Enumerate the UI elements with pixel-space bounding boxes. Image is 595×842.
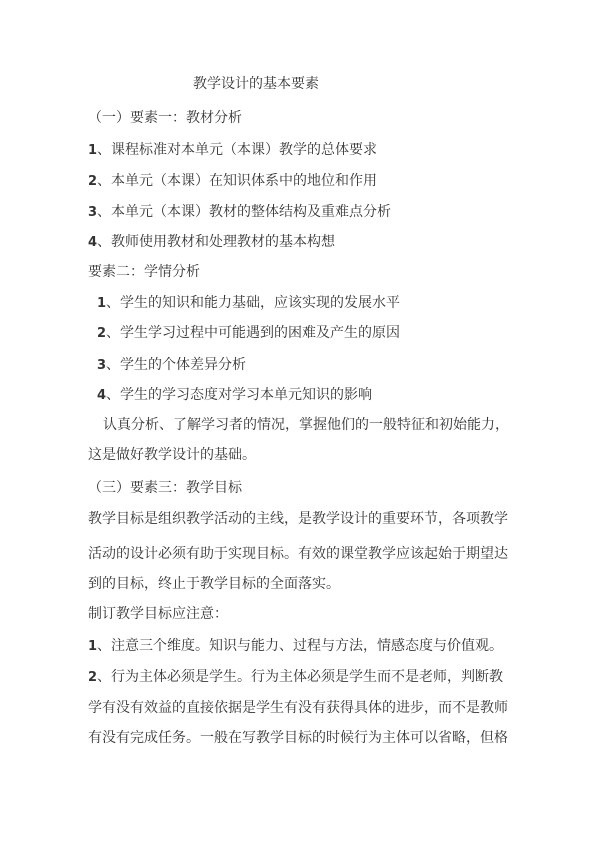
list-item-line: 2、本单元（本课）在知识体系中的地位和作用: [88, 174, 377, 190]
list-number: 3: [88, 205, 97, 220]
list-item-text: 、学生的个体差异分析: [106, 358, 246, 373]
list-item-text: 、注意三个维度。知识与能力、过程与方法，情感态度与价值观。: [97, 639, 503, 654]
list-number: 2: [88, 174, 97, 189]
list-number: 2: [88, 670, 97, 685]
list-item-text: 、学生学习过程中可能遇到的困难及产生的原因: [106, 326, 400, 341]
paragraph-line: 到的目标，终止于教学目标的全面落实。: [88, 577, 340, 593]
list-item-line: 3、学生的个体差异分析: [97, 358, 246, 374]
list-item-line: 1、学生的知识和能力基础，应该实现的发展水平: [97, 296, 400, 312]
list-item-line: 1、注意三个维度。知识与能力、过程与方法，情感态度与价值观。: [88, 639, 503, 655]
list-item-text: 、学生的学习态度对学习本单元知识的影响: [106, 388, 372, 403]
list-item-line: 4、教师使用教材和处理教材的基本构想: [88, 235, 335, 251]
list-item-text: 、课程标准对本单元（本课）教学的总体要求: [97, 143, 377, 158]
list-item-line: 2、行为主体必须是学生。行为主体必须是学生而不是老师，判断教: [88, 670, 503, 686]
list-item-text: 、教师使用教材和处理教材的基本构想: [97, 235, 335, 250]
document-title: 教学设计的基本要素: [193, 77, 319, 93]
list-item-text: 、本单元（本课）教材的整体结构及重难点分析: [97, 205, 391, 220]
paragraph-line: 制订教学目标应注意：: [88, 607, 228, 623]
paragraph-line: 这是做好教学设计的基础。: [88, 448, 256, 464]
list-number: 1: [88, 143, 97, 158]
paragraph-line: 教学目标是组织教学活动的主线，是教学设计的重要环节，各项教学: [88, 512, 508, 528]
list-item-line: 2、学生学习过程中可能遇到的困难及产生的原因: [97, 326, 400, 342]
list-number: 3: [97, 358, 106, 373]
list-item-text: 、本单元（本课）在知识体系中的地位和作用: [97, 174, 377, 189]
paragraph-line: 有没有完成任务。一般在写教学目标的时候行为主体可以省略，但格: [88, 731, 508, 747]
list-item-line: 4、学生的学习态度对学习本单元知识的影响: [97, 388, 372, 404]
section-heading-1: （一）要素一：教材分析: [88, 111, 242, 127]
list-number: 4: [88, 235, 97, 250]
list-item-text: 、行为主体必须是学生。行为主体必须是学生而不是老师，判断教: [97, 670, 503, 685]
list-number: 1: [97, 296, 106, 311]
section-heading-2: 要素二：学情分析: [88, 265, 200, 281]
list-number: 1: [88, 639, 97, 654]
list-number: 4: [97, 388, 106, 403]
paragraph-line: 学有没有效益的直接依据是学生有没有获得具体的进步，而不是教师: [88, 701, 508, 717]
paragraph-line: 活动的设计必须有助于实现目标。有效的课堂教学应该起始于期望达: [88, 547, 508, 563]
list-item-line: 1、课程标准对本单元（本课）教学的总体要求: [88, 143, 377, 159]
document-page: 教学设计的基本要素 （一）要素一：教材分析 1、课程标准对本单元（本课）教学的总…: [0, 0, 595, 842]
list-item-text: 、学生的知识和能力基础，应该实现的发展水平: [106, 296, 400, 311]
list-item-line: 3、本单元（本课）教材的整体结构及重难点分析: [88, 205, 391, 221]
list-number: 2: [97, 326, 106, 341]
paragraph-line: 认真分析、了解学习者的情况，掌握他们的一般特征和初始能力，: [103, 418, 509, 434]
section-heading-3: （三）要素三：教学目标: [88, 481, 242, 497]
